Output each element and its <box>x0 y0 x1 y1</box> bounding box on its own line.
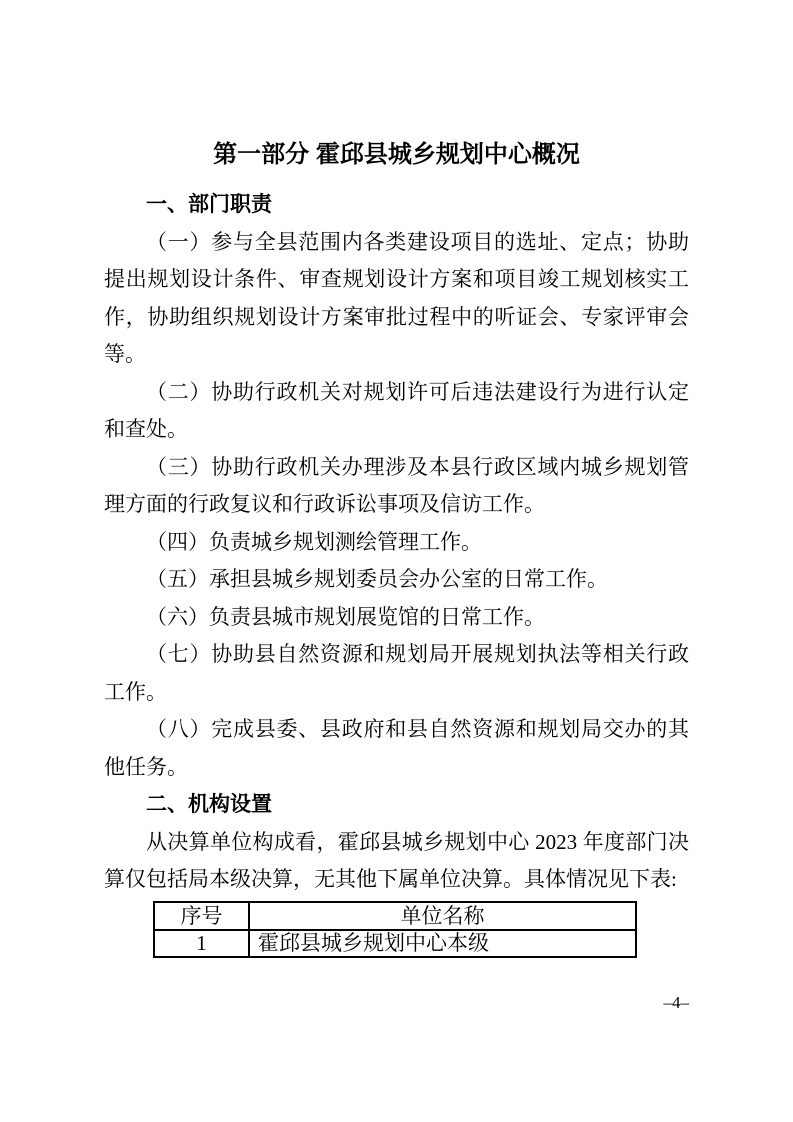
unit-row-name: 霍邱县城乡规划中心本级 <box>249 930 636 957</box>
units-table-header-unit-name: 单位名称 <box>249 902 636 930</box>
duty-paragraph-5: （五）承担县城乡规划委员会办公室的日常工作。 <box>104 561 689 599</box>
duty-paragraph-2: （二）协助行政机关对规划许可后违法建设行为进行认定和查处。 <box>104 374 689 449</box>
duty-paragraph-7: （七）协助县自然资源和规划局开展规划执法等相关行政工作。 <box>104 636 689 711</box>
page-number: –4– <box>664 993 690 1013</box>
duty-paragraph-6: （六）负责县城市规划展览馆的日常工作。 <box>104 599 689 637</box>
duty-paragraph-1: （一）参与全县范围内各类建设项目的选址、定点；协助提出规划设计条件、审查规划设计… <box>104 224 689 374</box>
units-table-header-row: 序号 单位名称 <box>154 902 636 930</box>
units-table-row: 1 霍邱县城乡规划中心本级 <box>154 930 636 957</box>
organization-paragraph: 从决算单位构成看，霍邱县城乡规划中心 2023 年度部门决算仅包括局本级决算，无… <box>104 824 689 899</box>
section-heading-organization-setup: 二、机构设置 <box>104 786 689 824</box>
page-title: 第一部分 霍邱县城乡规划中心概况 <box>104 140 689 170</box>
units-table: 序号 单位名称 1 霍邱县城乡规划中心本级 <box>153 901 637 958</box>
units-table-header-index: 序号 <box>154 902 249 930</box>
duty-paragraph-3: （三）协助行政机关办理涉及本县行政区域内城乡规划管理方面的行政复议和行政诉讼事项… <box>104 449 689 524</box>
duty-paragraph-8: （八）完成县委、县政府和县自然资源和规划局交办的其他任务。 <box>104 711 689 786</box>
section-heading-department-duties: 一、部门职责 <box>104 186 689 224</box>
document-page: 第一部分 霍邱县城乡规划中心概况 一、部门职责 （一）参与全县范围内各类建设项目… <box>0 0 793 1122</box>
unit-row-index: 1 <box>154 930 249 957</box>
duty-paragraph-4: （四）负责城乡规划测绘管理工作。 <box>104 524 689 562</box>
page-content: 第一部分 霍邱县城乡规划中心概况 一、部门职责 （一）参与全县范围内各类建设项目… <box>104 140 689 958</box>
